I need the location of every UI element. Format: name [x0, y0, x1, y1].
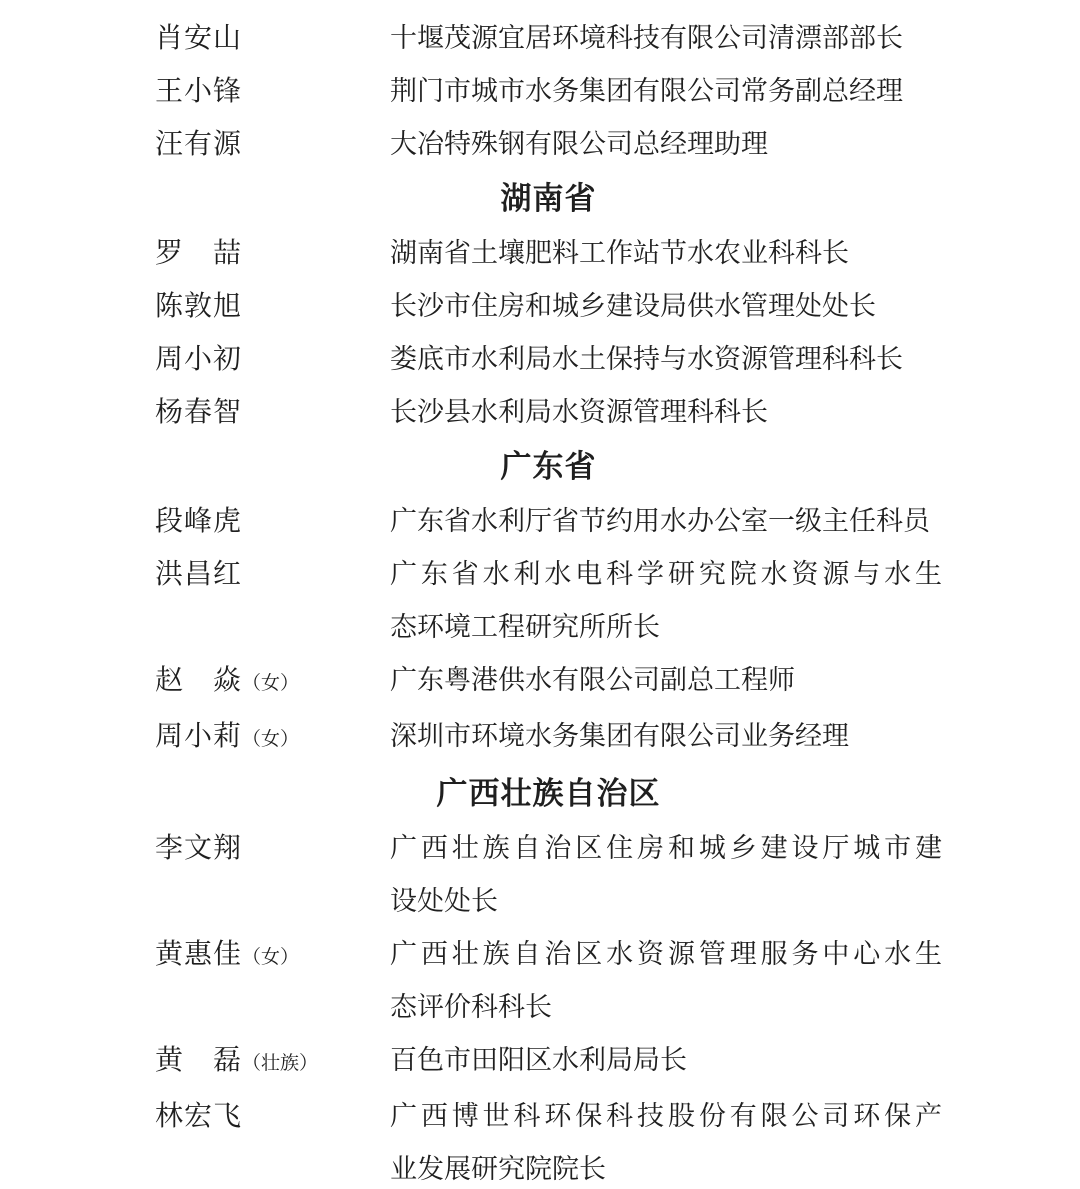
roster-row: 肖安山 十堰茂源宜居环境科技有限公司清漂部部长 — [155, 12, 1080, 65]
person-title: 十堰茂源宜居环境科技有限公司清漂部部长 — [390, 12, 942, 65]
title-line: 长沙县水利局水资源管理科科长 — [390, 386, 942, 439]
roster-row: 段峰虎 广东省水利厅省节约用水办公室一级主任科员 — [155, 495, 1080, 548]
person-title: 广西博世科环保科技股份有限公司环保产 业发展研究院院长 — [390, 1090, 942, 1189]
roster-row: 汪有源 大冶特殊钢有限公司总经理助理 — [155, 118, 1080, 171]
person-name: 汪有源 — [155, 118, 390, 171]
person-name-text: 肖安山 — [155, 23, 242, 54]
person-title: 广东粤港供水有限公司副总工程师 — [390, 654, 942, 707]
roster-row: 林宏飞 广西博世科环保科技股份有限公司环保产 业发展研究院院长 — [155, 1090, 1080, 1189]
roster-row: 黄惠佳（女） 广西壮族自治区水资源管理服务中心水生 态评价科科长 — [155, 928, 1080, 1034]
person-title: 广东省水利厅省节约用水办公室一级主任科员 — [390, 495, 942, 548]
person-name-text: 黄 磊 — [155, 1045, 242, 1076]
person-name: 黄惠佳（女） — [155, 928, 390, 984]
person-title: 大冶特殊钢有限公司总经理助理 — [390, 118, 942, 171]
province-header-guangxi: 广西壮族自治区 — [155, 766, 942, 822]
person-title: 娄底市水利局水土保持与水资源管理科科长 — [390, 333, 942, 386]
person-title: 湖南省土壤肥料工作站节水农业科科长 — [390, 227, 942, 280]
roster-row: 赵 焱（女） 广东粤港供水有限公司副总工程师 — [155, 654, 1080, 710]
title-line: 设处处长 — [390, 875, 942, 928]
person-title: 长沙市住房和城乡建设局供水管理处处长 — [390, 280, 942, 333]
title-line: 娄底市水利局水土保持与水资源管理科科长 — [390, 333, 942, 386]
title-line: 态环境工程研究所所长 — [390, 601, 942, 654]
province-header-guangdong: 广东省 — [155, 439, 942, 495]
title-line: 湖南省土壤肥料工作站节水农业科科长 — [390, 227, 942, 280]
person-name: 林宏飞 — [155, 1090, 390, 1143]
title-line: 广西博世科环保科技股份有限公司环保产 — [390, 1090, 942, 1143]
title-line: 广西壮族自治区水资源管理服务中心水生 — [390, 928, 942, 981]
person-note: （女） — [242, 729, 299, 750]
person-name: 黄 磊（壮族） — [155, 1034, 390, 1090]
person-name-text: 王小锋 — [155, 76, 242, 107]
title-line: 业发展研究院院长 — [390, 1143, 942, 1189]
roster-row: 李文翔 广西壮族自治区住房和城乡建设厅城市建 设处处长 — [155, 822, 1080, 928]
title-line: 长沙市住房和城乡建设局供水管理处处长 — [390, 280, 942, 333]
person-title: 荆门市城市水务集团有限公司常务副总经理 — [390, 65, 942, 118]
person-name: 段峰虎 — [155, 495, 390, 548]
roster-row: 王小锋 荆门市城市水务集团有限公司常务副总经理 — [155, 65, 1080, 118]
roster-row: 陈敦旭 长沙市住房和城乡建设局供水管理处处长 — [155, 280, 1080, 333]
title-line: 十堰茂源宜居环境科技有限公司清漂部部长 — [390, 12, 942, 65]
person-name: 罗 喆 — [155, 227, 390, 280]
title-line: 广东省水利水电科学研究院水资源与水生 — [390, 548, 942, 601]
person-name: 洪昌红 — [155, 548, 390, 601]
person-name: 肖安山 — [155, 12, 390, 65]
person-name: 陈敦旭 — [155, 280, 390, 333]
title-line: 荆门市城市水务集团有限公司常务副总经理 — [390, 65, 942, 118]
roster-row: 周小初 娄底市水利局水土保持与水资源管理科科长 — [155, 333, 1080, 386]
title-line: 态评价科科长 — [390, 981, 942, 1034]
person-title: 广东省水利水电科学研究院水资源与水生 态环境工程研究所所长 — [390, 548, 942, 654]
person-title: 深圳市环境水务集团有限公司业务经理 — [390, 710, 942, 763]
title-line: 深圳市环境水务集团有限公司业务经理 — [390, 710, 942, 763]
roster-row: 罗 喆 湖南省土壤肥料工作站节水农业科科长 — [155, 227, 1080, 280]
person-name: 赵 焱（女） — [155, 654, 390, 710]
title-line: 百色市田阳区水利局局长 — [390, 1034, 942, 1087]
title-line: 大冶特殊钢有限公司总经理助理 — [390, 118, 942, 171]
roster-document: 肖安山 十堰茂源宜居环境科技有限公司清漂部部长 王小锋 荆门市城市水务集团有限公… — [0, 0, 1080, 1189]
person-name: 周小初 — [155, 333, 390, 386]
roster-row: 周小莉（女） 深圳市环境水务集团有限公司业务经理 — [155, 710, 1080, 766]
person-name-text: 黄惠佳 — [155, 939, 242, 970]
person-name-text: 罗 喆 — [155, 238, 242, 269]
person-name-text: 周小初 — [155, 344, 242, 375]
person-title: 广西壮族自治区水资源管理服务中心水生 态评价科科长 — [390, 928, 942, 1034]
title-line: 广东省水利厅省节约用水办公室一级主任科员 — [390, 495, 942, 548]
person-name: 李文翔 — [155, 822, 390, 875]
person-name-text: 段峰虎 — [155, 506, 242, 537]
person-name: 王小锋 — [155, 65, 390, 118]
person-note: （女） — [242, 673, 299, 694]
person-name: 杨春智 — [155, 386, 390, 439]
person-name: 周小莉（女） — [155, 710, 390, 766]
person-name-text: 李文翔 — [155, 833, 242, 864]
person-name-text: 陈敦旭 — [155, 291, 242, 322]
title-line: 广西壮族自治区住房和城乡建设厅城市建 — [390, 822, 942, 875]
person-note: （女） — [242, 947, 299, 968]
person-note: （壮族） — [242, 1053, 318, 1074]
roster-row: 黄 磊（壮族） 百色市田阳区水利局局长 — [155, 1034, 1080, 1090]
person-name-text: 林宏飞 — [155, 1101, 242, 1132]
person-name-text: 汪有源 — [155, 129, 242, 160]
person-name-text: 杨春智 — [155, 397, 242, 428]
person-name-text: 赵 焱 — [155, 665, 242, 696]
person-title: 百色市田阳区水利局局长 — [390, 1034, 942, 1087]
roster-row: 洪昌红 广东省水利水电科学研究院水资源与水生 态环境工程研究所所长 — [155, 548, 1080, 654]
roster-row: 杨春智 长沙县水利局水资源管理科科长 — [155, 386, 1080, 439]
person-title: 广西壮族自治区住房和城乡建设厅城市建 设处处长 — [390, 822, 942, 928]
person-name-text: 洪昌红 — [155, 559, 242, 590]
title-line: 广东粤港供水有限公司副总工程师 — [390, 654, 942, 707]
province-header-hunan: 湖南省 — [155, 171, 942, 227]
person-title: 长沙县水利局水资源管理科科长 — [390, 386, 942, 439]
person-name-text: 周小莉 — [155, 721, 242, 752]
